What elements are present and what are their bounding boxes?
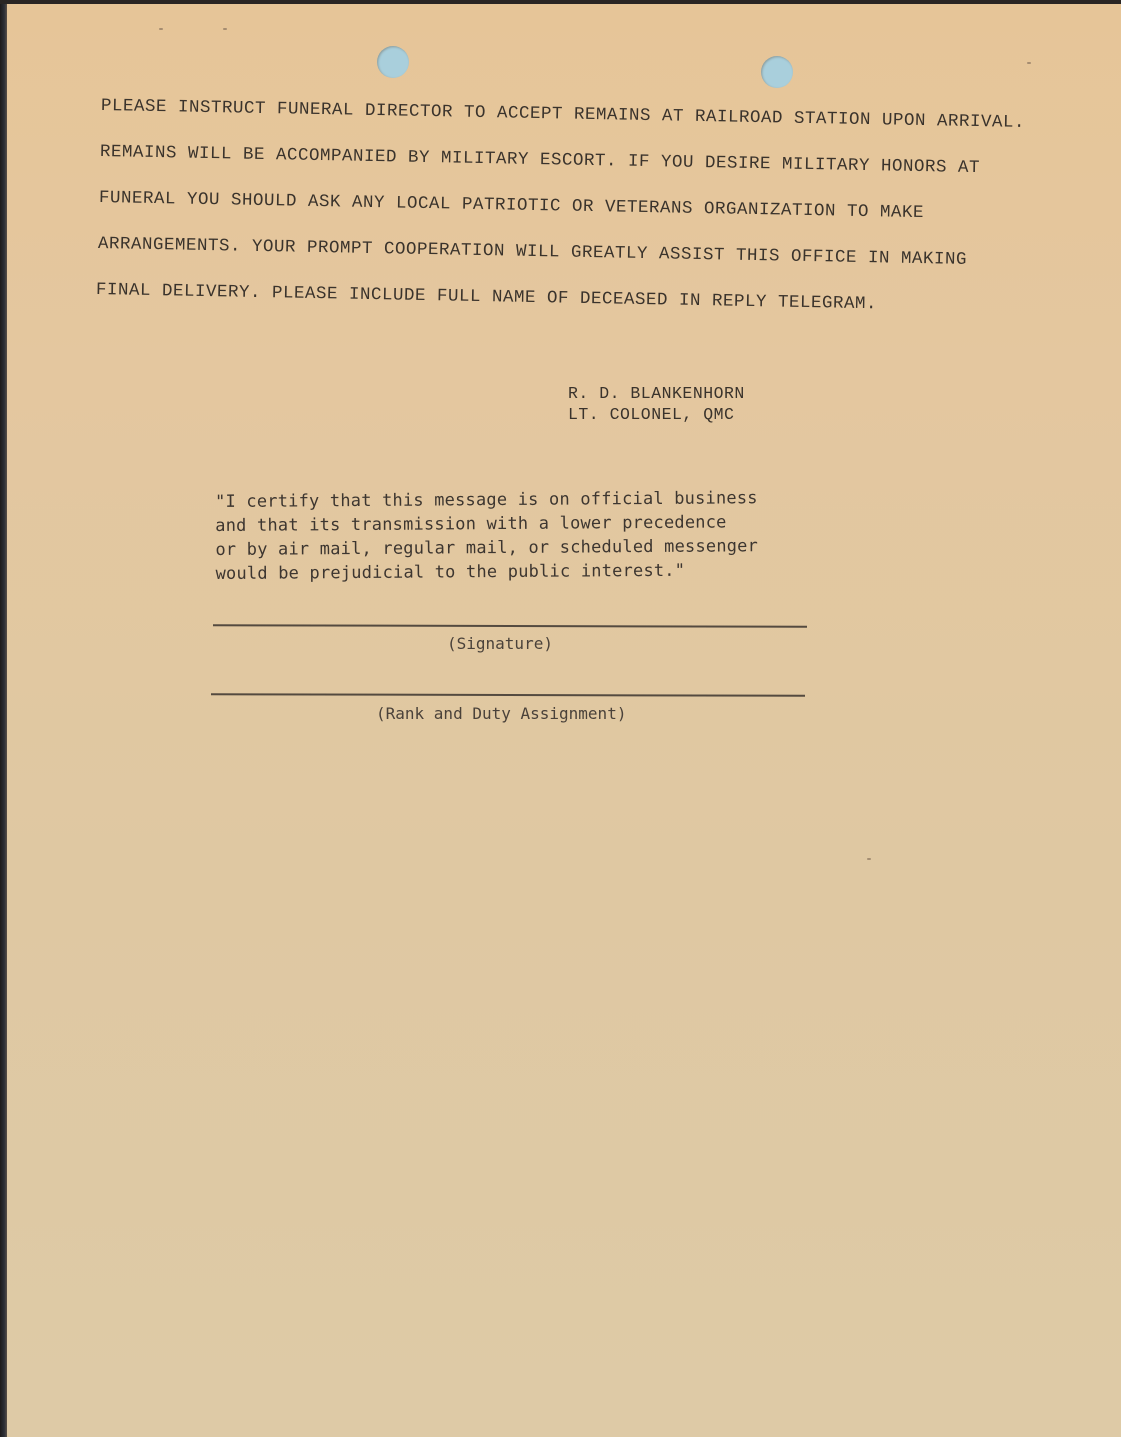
paper-speck	[867, 858, 871, 860]
punch-hole-left-icon	[377, 46, 409, 78]
certification-line-4: would be prejudicial to the public inter…	[216, 558, 759, 586]
paper-speck	[159, 28, 163, 30]
signature-line[interactable]	[213, 624, 807, 628]
rank-duty-label: (Rank and Duty Assignment)	[376, 704, 626, 723]
signer-name: R. D. BLANKENHORN	[568, 383, 745, 404]
body-line-4: ARRANGEMENTS. YOUR PROMPT COOPERATION WI…	[98, 234, 967, 270]
body-line-5: FINAL DELIVERY. PLEASE INCLUDE FULL NAME…	[96, 280, 877, 314]
body-line-3: FUNERAL YOU SHOULD ASK ANY LOCAL PATRIOT…	[99, 188, 924, 223]
signature-block: R. D. BLANKENHORN LT. COLONEL, QMC	[568, 383, 745, 425]
punch-hole-right-icon	[761, 56, 793, 88]
document-left-edge	[0, 0, 7, 1437]
signature-label: (Signature)	[447, 634, 553, 653]
paper-speck	[223, 28, 227, 30]
rank-duty-line[interactable]	[211, 693, 805, 697]
signer-title: LT. COLONEL, QMC	[568, 404, 745, 425]
body-line-1: PLEASE INSTRUCT FUNERAL DIRECTOR TO ACCE…	[101, 96, 1025, 133]
body-line-2: REMAINS WILL BE ACCOMPANIED BY MILITARY …	[100, 142, 980, 178]
telegram-page: PLEASE INSTRUCT FUNERAL DIRECTOR TO ACCE…	[7, 4, 1121, 1437]
certification-statement: "I certify that this message is on offic…	[215, 486, 758, 586]
paper-speck	[1027, 62, 1031, 64]
